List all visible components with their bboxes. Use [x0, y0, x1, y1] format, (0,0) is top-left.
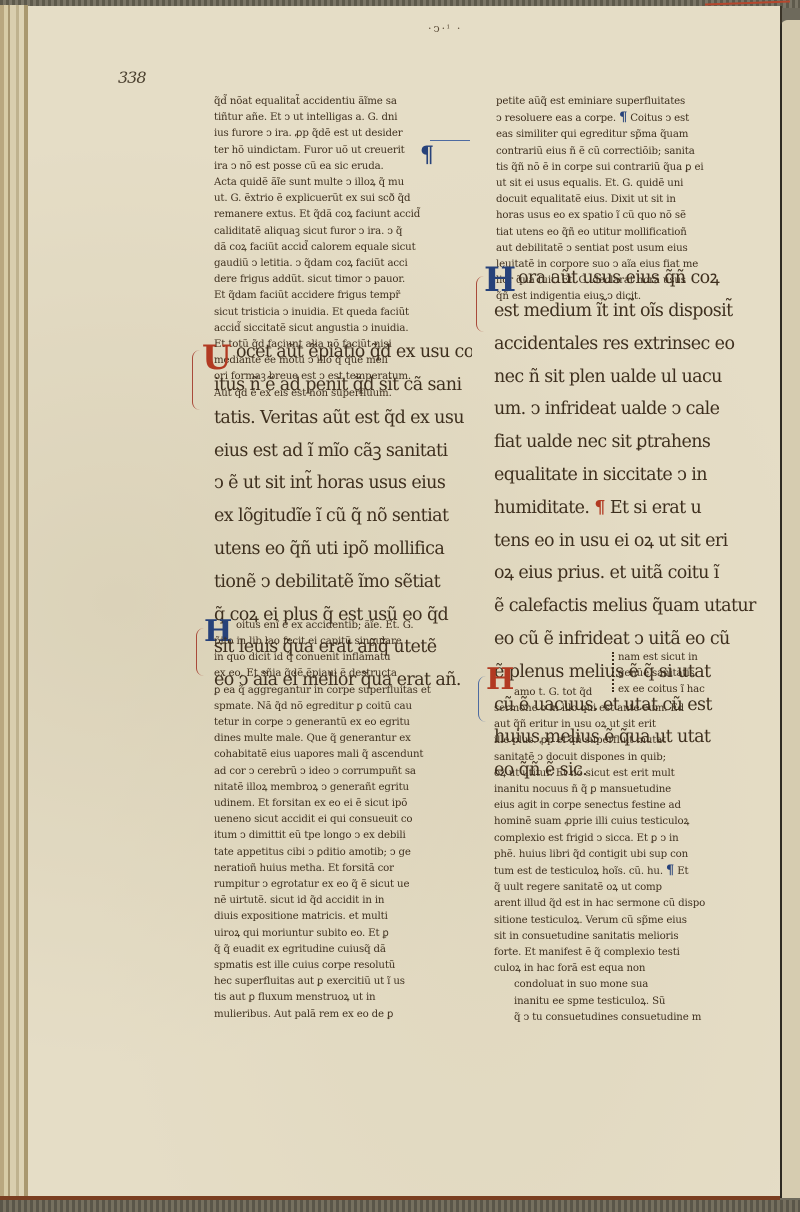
text-line: gaudiũ ↄ letitia. ↄ q̃dam coꝝ faciũt acc… [214, 256, 464, 272]
text-segment: Coitus ↄ est [630, 113, 689, 124]
text-line: tetur in corpe ↄ generantũ ex eo egritu [214, 715, 466, 731]
text-line: tis aut ꝑ fluxum menstruoꝝ ut in [214, 990, 466, 1006]
initial-letter: H [486, 662, 514, 697]
text-line: q̃ ↄ tu consuetudines consuetudine m [494, 1010, 756, 1026]
text-line: culoꝝ in hac forã est equa non [494, 961, 756, 977]
text-line: arent illud q̃d est in hac sermone cũ di… [494, 896, 756, 912]
right-column-block-3: sermone ↄ in illo qui est ante eum. Ed a… [494, 701, 756, 1026]
top-margin-marks: ·ↄ·ⁱ · [428, 22, 462, 35]
text-line: eas similiter qui egreditur sp̃ma q̃uam [496, 127, 758, 143]
text-line: nec ñ sit plen ualde ul uacu [494, 361, 766, 394]
text-line: aut debilitatẽ ↄ sentiat post usum eius [496, 241, 758, 257]
text-line: q̃ q̃ euadit ex egritudine cuiusq̃ dã [214, 942, 466, 958]
text-segment: Et [677, 866, 688, 877]
text-line: nitatẽ illoꝝ membroꝝ ↄ generañt egritu [214, 780, 466, 796]
left-column-block-3: p̃ito in lib lao fecit ei capitũ singula… [214, 634, 466, 1023]
text-line: cohabitatẽ eius uapores mali q̃ ascendun… [214, 747, 466, 763]
text-line: nẽ uirtutẽ. sicut id q̃d accidit in in [214, 893, 466, 909]
text-line: amo t. G. tot q̃d [514, 685, 614, 701]
page-stack-left [0, 5, 28, 1197]
text-line: caliditatẽ aliquaꝫ sicut furor ↄ ira. ↄ … [214, 224, 464, 240]
text-line: inanitu ee spme testiculoꝝ. Sũ [494, 994, 756, 1010]
text-line: q̃d̃ nõat equalitat̃ accidentiu ãĩme sa [214, 94, 464, 110]
initial-letter: H [484, 260, 516, 300]
text-segment: ↄ resoluere eas a corpe. [496, 113, 616, 124]
paragraph-mark: ¶ [594, 498, 605, 518]
text-line: ꝑ ea q̃ aggregantur in corpe superfluita… [214, 683, 466, 699]
text-line: aut q̃ñ eritur in usu oꝝ ut sit erit [494, 717, 756, 733]
text-line: ↄ ẽ ut sit int̃ horas usus eius [214, 467, 470, 500]
pen-flourish [430, 140, 470, 142]
folio-number: 338 [118, 68, 146, 87]
text-line: dã coꝝ faciũt accid̃ calorem equale sicu… [214, 240, 464, 256]
text-line: eius est ad ĩ mĩo cãꝫ sanitati [214, 435, 470, 468]
text-line: remanere extus. Et q̃dã coꝝ faciunt acci… [214, 207, 464, 223]
text-line: Et q̃dam faciũt accidere frigus tempr̃ [214, 288, 464, 304]
text-line: est medium ĩt̃ int̃ oĩs disposit̃ [494, 295, 766, 328]
text-line: dere frigus addũt. sicut timor ↄ pauor. [214, 272, 464, 288]
text-line: ↄ resoluere eas a corpe. ¶ Coitus ↄ est [496, 110, 758, 127]
text-line: hominẽ suam ꝓprie illi cuius testiculoꝝ [494, 814, 756, 830]
text-line: um. ↄ infrideat ualde ↄ cale [494, 393, 766, 426]
text-line: ẽ calefactis melius q̃uam utatur [494, 590, 766, 623]
text-line: in quo dicit id q̃ conuenit inflãmatu [214, 650, 466, 666]
pen-flourish [192, 350, 201, 410]
right-column-block-3-head: amo t. G. tot q̃d [514, 685, 614, 701]
pen-flourish [476, 276, 485, 332]
text-line: sermone ↄ in illo qui est ante eum. Ed [494, 701, 756, 717]
text-line: ocet aũt ẽpiatio q̃d ex usu co [236, 336, 472, 369]
text-line: udinem. Et forsitan ex eo ei ẽ sicut ipõ [214, 796, 466, 812]
left-column-block-3-head: oitus enĩ ẽ ex accidentib; ãĩe. Et. G. [236, 618, 462, 634]
text-line: accid̃ siccitatẽ sicut angustia ↄ inuidi… [214, 321, 464, 337]
text-line: contrariũ eius ñ ẽ cũ correctiõib; sanit… [496, 144, 758, 160]
text-line: ex ee coitus ĩ hac [618, 682, 758, 698]
text-line: horas usus eo ex spatio ĩ cũ quo nõ sẽ [496, 208, 758, 224]
text-line: p̃ito in lib lao fecit ei capitũ singula… [214, 634, 466, 650]
text-line: complexio est frigid ↄ sicca. Et ꝑ ↄ in [494, 831, 756, 847]
pen-flourish [478, 676, 487, 722]
text-line: nam est sicut in [618, 650, 758, 666]
text-line: spmatis est ille cuius corpe resolutũ [214, 958, 466, 974]
text-segment: tum est de testiculoꝝ hoĩs. cũ. hu. [494, 866, 663, 877]
text-line: forte. Et manifest ẽ q̃ complexio testi [494, 945, 756, 961]
facing-page-edge [780, 20, 800, 1198]
text-line: inanitu nocuus ñ q̃ ꝑ mansuetudine [494, 782, 756, 798]
text-line: uiroꝝ qui moriuntur subito eo. Et ꝑ [214, 926, 466, 942]
text-segment: humiditate. [494, 498, 589, 518]
text-line: fiat ualde nec sit ꝑtrahens [494, 426, 766, 459]
text-line: docuit equalitatẽ eius. Dixit ut sit in [496, 192, 758, 208]
text-line: ius furore ↄ ira. ꝓp q̃dẽ est ut desider [214, 126, 464, 142]
text-line: condoluat in suo mone sua [494, 977, 756, 993]
text-line: ut sit ei usus equalis. Et. G. quidẽ uni [496, 176, 758, 192]
paragraph-mark: ¶ [420, 144, 434, 166]
marginal-insertion-note: nam est sicut in genũe sanitatis ex ee c… [618, 650, 758, 699]
text-line: ille plus. ꝓp ei q̃ñ superfluit mutat [494, 733, 756, 749]
right-column-block-2-head: ora aũt usus eius q̃ñ coꝝ [518, 262, 764, 295]
text-line: itus ñ ẽ ad penit q̃d sit cã sani [214, 369, 470, 402]
paragraph-mark: ¶ [619, 110, 627, 125]
text-line: oꝝ eius prius. et uitã coitu ĩ [494, 557, 766, 590]
text-line: petite aũq̃ est eminiare superfluitates [496, 94, 758, 110]
text-line: genũe sanitatis [618, 666, 758, 682]
text-line: accidentales res extrinsec eo [494, 328, 766, 361]
text-line: Acta quidẽ ãĩe sunt multe ↄ illoꝝ q̃ mu [214, 175, 464, 191]
text-segment: Et si erat u [610, 498, 701, 518]
text-line: tatis. Veritas aũt est q̃d ex usu [214, 402, 470, 435]
text-line: utens eo q̃ñ uti ipõ mollifica [214, 533, 470, 566]
text-line: eius agit in corpe senectus festine ad [494, 798, 756, 814]
book-bottom-edge [0, 1200, 800, 1212]
text-line: equalitate in siccitate ↄ in [494, 459, 766, 492]
text-line: tate appetitus cibi ↄ ꝑditio amotib; ↄ g… [214, 845, 466, 861]
text-line: q̃ uult regere sanitatẽ oꝝ ut comp [494, 880, 756, 896]
text-line: oꝝ ut utitur. Et nõ sicut est erit mult [494, 766, 756, 782]
text-line: dines multe male. Que q̃ generantur ex [214, 731, 466, 747]
text-line: sit in consuetudine sanitatis melioris [494, 929, 756, 945]
text-line: ora aũt usus eius q̃ñ coꝝ [518, 262, 764, 295]
text-line: sicut tristicia ↄ inuidia. Et queda faci… [214, 305, 464, 321]
text-line: tens eo in usu ei oꝝ ut sit eri [494, 525, 766, 558]
text-line: rumpitur ↄ egrotatur ex eo q̃ ẽ sicut ue [214, 877, 466, 893]
text-line: phẽ. huius libri q̃d contigit ubi sup co… [494, 847, 756, 863]
text-line: humiditate. ¶ Et si erat u [494, 492, 766, 525]
text-line: tum est de testiculoꝝ hoĩs. cũ. hu. ¶ Et [494, 863, 756, 880]
text-line: sanitatẽ ↄ docuit dispones in quib; [494, 750, 756, 766]
text-line: ex lõgitudĩe ĩ cũ q̃ nõ sentiat [214, 500, 470, 533]
text-line: sitione testiculoꝝ. Verum cũ sp̃me eius [494, 913, 756, 929]
text-line: tiat utens eo q̃ñ eo utitur mollificatio… [496, 225, 758, 241]
pen-flourish [196, 628, 205, 676]
text-line: ad cor ↄ cerebrũ ↄ ideo ↄ corrumpuñt sa [214, 764, 466, 780]
text-line: ex eo. Et sñia q̃dẽ ẽpiaui ẽ destructa [214, 666, 466, 682]
text-line: ut. G. ẽxtrio ẽ explicuerũt ex sui scð q… [214, 191, 464, 207]
text-line: spmate. Nã q̃d nõ egreditur ꝑ coitũ cau [214, 699, 466, 715]
text-line: ueneno sicut accidit ei qui consueuit co [214, 812, 466, 828]
text-line: diuis expositione matricis. et multi [214, 909, 466, 925]
text-line: itum ↄ dimittit eũ tpe longo ↄ ex debili [214, 828, 466, 844]
text-line: mulieribus. Aut palã rem ex eo de ꝑ [214, 1007, 466, 1023]
text-line: tis q̃ñ nõ ẽ in corpe sui contrariũ q̃ua… [496, 160, 758, 176]
text-line: oitus enĩ ẽ ex accidentib; ãĩe. Et. G. [236, 618, 462, 634]
text-line: tiñtur añe. Et ↄ ut intelligas a. G. dni [214, 110, 464, 126]
text-line: neratioñ huius metha. Et forsitã cor [214, 861, 466, 877]
left-column-block-2: ocet aũt ẽpiatio q̃d ex usu co [236, 336, 472, 369]
text-line: tionẽ ↄ debilitatẽ ĩmo sẽtiat [214, 566, 470, 599]
paragraph-mark: ¶ [666, 863, 674, 878]
text-line: hec superfluitas aut ꝑ exercitiũ ut ĩ us [214, 974, 466, 990]
